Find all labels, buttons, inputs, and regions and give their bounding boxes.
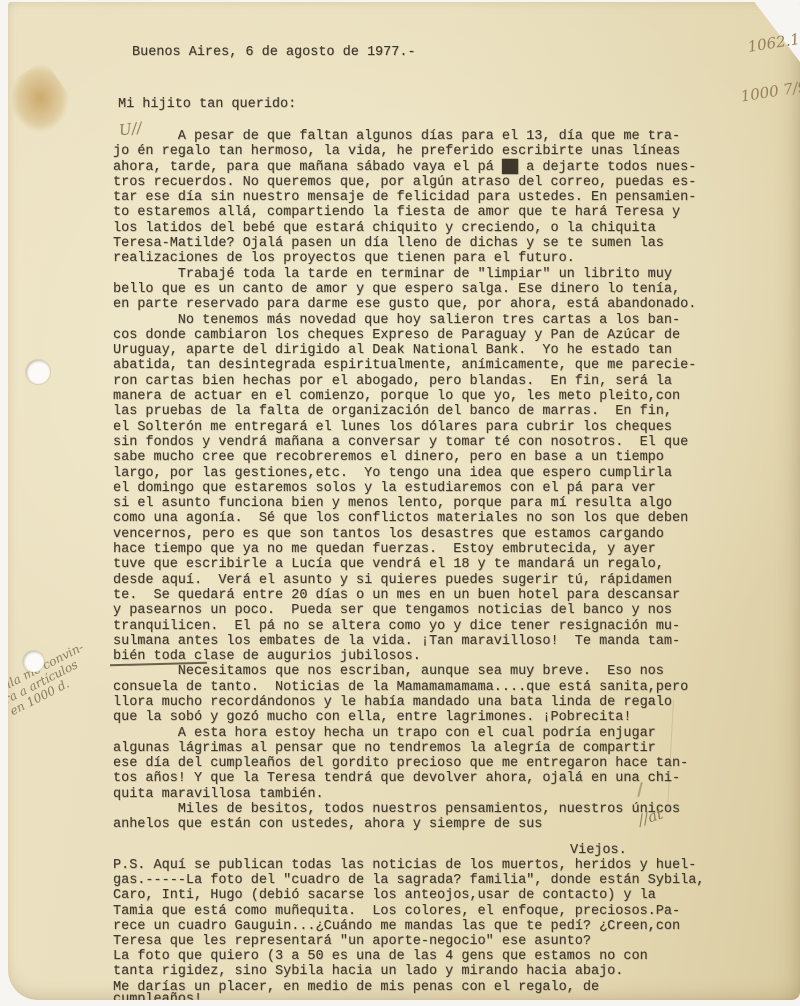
- postscript: P.S. Aquí se publican todas las noticias…: [113, 858, 704, 995]
- text-line: to estaremos allá, compartiendo la fiest…: [113, 205, 696, 220]
- text-line: y pasearnos un poco. Pueda ser que tenga…: [113, 603, 696, 618]
- text-line: ron cartas bien hechas por el abogado, p…: [113, 374, 696, 389]
- text-line: los latidos del bebé que estará chiquito…: [113, 221, 696, 236]
- tape-stain: [12, 58, 74, 138]
- text-line: tanta rigidez, sino Sybila hacia un lado…: [113, 964, 704, 979]
- text-line: llora mucho recordándonos y le había man…: [113, 695, 696, 710]
- signature: Viejos.: [570, 843, 627, 858]
- text-line: realizaciones de los proyectos que tiene…: [113, 251, 696, 266]
- text-line: que la sobó y gozó mucho con ella, entre…: [113, 710, 696, 725]
- text-line: Necesitamos que nos escriban, aunque sea…: [113, 664, 696, 679]
- text-line: tranquilicen. El pá no se altera como yo…: [113, 619, 696, 634]
- text-line: manera de actuar en el comienzo, porque …: [113, 389, 696, 404]
- text-line: tos años! Y que la Teresa tendrá que dev…: [113, 771, 696, 786]
- text-line: te. Se quedará entre 20 días o un mes en…: [113, 588, 696, 603]
- handwritten-paragraph-mark: U//: [118, 119, 143, 140]
- text-line: ahora, tarde, para que mañana sábado vay…: [113, 160, 696, 175]
- text-line: vencernos, pero es que son tantos los de…: [113, 527, 696, 542]
- text-line: Teresa-Matilde? Ojalá pasen un día lleno…: [113, 236, 696, 251]
- text-line: Tamia que está como muñequita. Los color…: [113, 904, 704, 919]
- text-line: A pesar de que faltan algunos días para …: [113, 129, 696, 144]
- text-line: A esta hora estoy hecha un trapo con el …: [113, 726, 696, 741]
- text-line: en parte reservado para darme ese gusto …: [113, 297, 696, 312]
- text-line: consuela de tanto. Noticias de la Mamama…: [113, 680, 696, 695]
- text-line: quita maravillosa también.: [113, 787, 696, 802]
- date-line: Buenos Aires, 6 de agosto de 1977.-: [132, 45, 416, 60]
- text-line: si el asunto funciona bien y menos lento…: [113, 496, 696, 511]
- text-line: Caro, Inti, Hugo (debió sacarse los ante…: [113, 888, 704, 903]
- text-line: bello que es un canto de amor y que espe…: [113, 282, 696, 297]
- archive-number-line2: 1000 7/9: [711, 78, 800, 109]
- text-line: sin fondos y vendrá mañana a conversar y…: [113, 435, 696, 450]
- punch-hole-top: [26, 360, 50, 384]
- text-line: anhelos que están con ustedes, ahora y s…: [113, 817, 696, 832]
- archive-number-line1: 1062.1: [704, 31, 800, 62]
- text-line: sulmana antes los embates de la vida. ¡T…: [113, 634, 696, 649]
- text-line: el domingo que estaremos solos y la estu…: [113, 481, 696, 496]
- punch-hole-bottom: [23, 651, 44, 672]
- text-line: el Solterón me entregará el lunes los dó…: [113, 420, 696, 435]
- text-line: La foto que quiero (3 a 50 es una de las…: [113, 949, 704, 964]
- text-line: cos donde cambiaron los cheques Expreso …: [113, 328, 696, 343]
- salutation: Mi hijito tan querido:: [118, 97, 296, 112]
- text-line: No tenemos más novedad que hoy salieron …: [113, 313, 696, 328]
- text-line: Trabajé toda la tarde en terminar de "li…: [113, 267, 696, 282]
- text-line: gas.-----La foto del "cuadro de la sagra…: [113, 873, 704, 888]
- text-line: algunas lágrimas al pensar que no tendre…: [113, 741, 696, 756]
- text-line: rece un cuadro Gauguin...¿Cuándo me mand…: [113, 919, 704, 934]
- text-line: desde aquí. Verá el asunto y si quieres …: [113, 573, 696, 588]
- text-line: P.S. Aquí se publican todas las noticias…: [113, 858, 704, 873]
- scanned-letter-page: Buenos Aires, 6 de agosto de 1977.- Mi h…: [0, 0, 800, 1006]
- text-line: largo, por las gestiones,etc. Yo tengo u…: [113, 466, 696, 481]
- text-line: como una agonía. Sé que los conflictos m…: [113, 511, 696, 526]
- letter-paper: Buenos Aires, 6 de agosto de 1977.- Mi h…: [8, 2, 800, 1000]
- text-line: tar ese día sin nuestro mensaje de felic…: [113, 190, 696, 205]
- text-line: hace tiempo que ya no me quedan fuerzas.…: [113, 542, 696, 557]
- text-line: abatida, tan desintegrada espiritualment…: [113, 358, 696, 373]
- text-line: Uruguay, aparte del dirigido al Deak Nat…: [113, 343, 696, 358]
- text-line: jo én regalo tan hermoso, la vida, he pr…: [113, 144, 696, 159]
- letter-body: A pesar de que faltan algunos días para …: [113, 129, 696, 833]
- text-line: tuve que escribirle a Lucía que vendrá e…: [113, 557, 696, 572]
- cut-off-line: cumpleaños!: [113, 992, 202, 1000]
- text-line: Miles de besitos, todos nuestros pensami…: [113, 802, 696, 817]
- text-line: Teresa que les representará "un aporte-n…: [113, 934, 704, 949]
- text-line: tros recuerdos. No queremos que, por alg…: [113, 175, 696, 190]
- handwritten-margin-note: Ella me convin-ra a artículosen 1000 d.: [8, 641, 98, 718]
- text-line: las pruebas de la falta de organización …: [113, 404, 696, 419]
- handwritten-archive-number: 1062.1 1000 7/9: [699, 2, 800, 141]
- text-line: ese día del cumpleaños del gordito preci…: [113, 756, 696, 771]
- text-line: sabe mucho cree que recobreremos el dine…: [113, 450, 696, 465]
